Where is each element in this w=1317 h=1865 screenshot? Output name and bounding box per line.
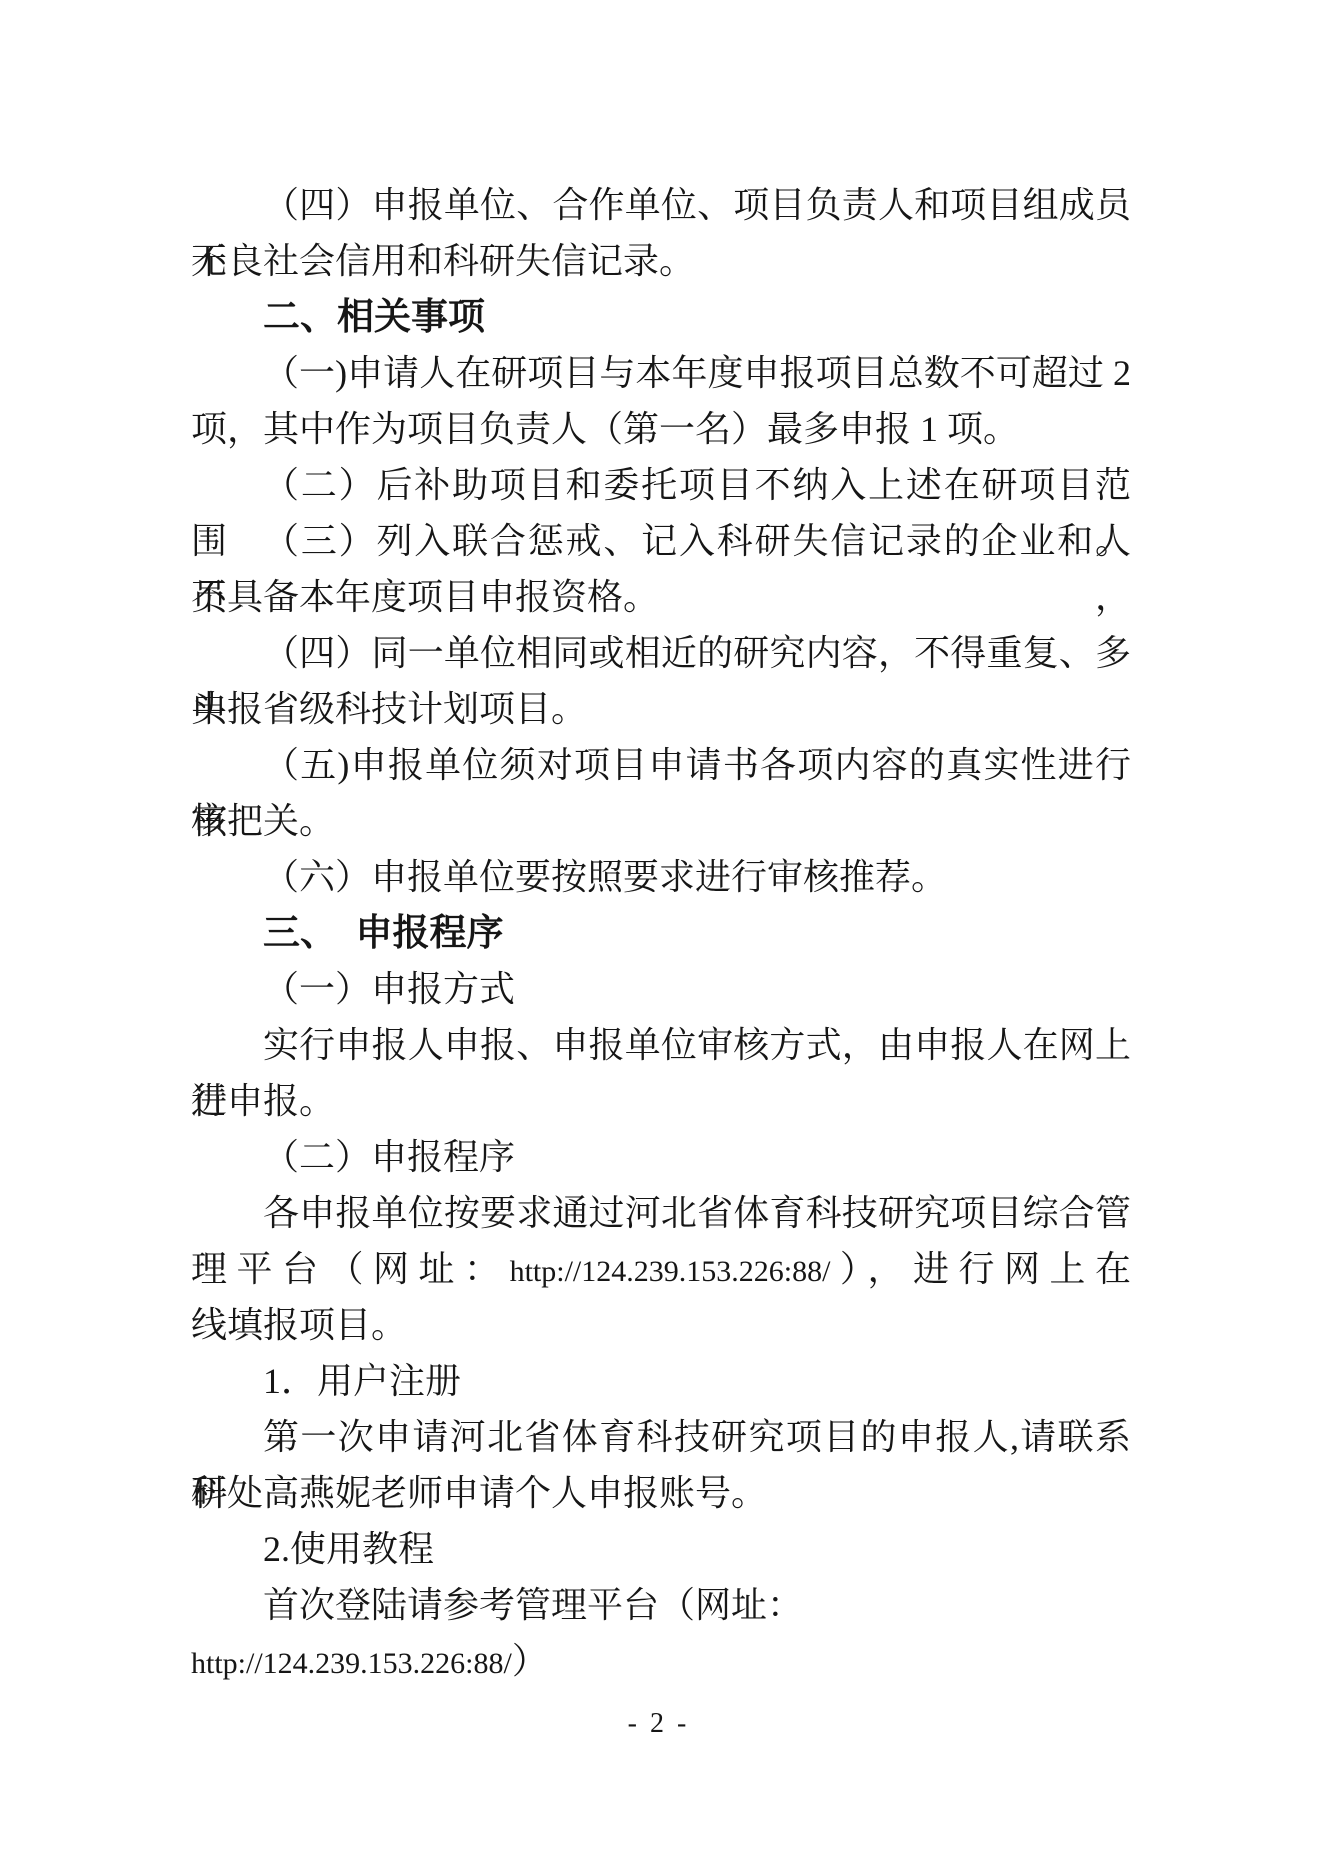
line-text: ） bbox=[512, 1641, 548, 1681]
section-heading-2: 二、相关事项 bbox=[191, 289, 1131, 345]
doc-line: 核把关。 bbox=[191, 793, 1131, 849]
doc-line: （四）申报单位、合作单位、项目负责人和项目组成员无 bbox=[191, 177, 1131, 233]
line-text: 首次登陆请参考管理平台（网址： bbox=[263, 1585, 803, 1625]
doc-line: 第一次申请河北省体育科技研究项目的申报人,请联系科 bbox=[191, 1409, 1131, 1465]
page-number: - 2 - bbox=[0, 1708, 1317, 1740]
section-heading-3: 三、 申报程序 bbox=[191, 905, 1131, 961]
doc-line: 2.使用教程 bbox=[191, 1521, 1131, 1577]
document-page: （四）申报单位、合作单位、项目负责人和项目组成员无 不良社会信用和科研失信记录。… bbox=[0, 0, 1317, 1865]
line-text: ），进行网上在 bbox=[830, 1249, 1131, 1289]
doc-line: （一)申请人在研项目与本年度申报项目总数不可超过 2 bbox=[191, 345, 1131, 401]
doc-line: （五)申报单位须对项目申请书各项内容的真实性进行审 bbox=[191, 737, 1131, 793]
doc-line: 各申报单位按要求通过河北省体育科技研究项目综合管 bbox=[191, 1185, 1131, 1241]
url-text: http://124.239.153.226:88/ bbox=[510, 1255, 831, 1288]
doc-line: 1．用户注册 bbox=[191, 1353, 1131, 1409]
doc-line: （二）申报程序 bbox=[191, 1129, 1131, 1185]
doc-line: （六）申报单位要按照要求进行审核推荐。 bbox=[191, 849, 1131, 905]
doc-line: 行申报。 bbox=[191, 1073, 1131, 1129]
doc-line: （二）后补助项目和委托项目不纳入上述在研项目范围。 bbox=[191, 457, 1131, 513]
doc-line: 研处高燕妮老师申请个人申报账号。 bbox=[191, 1465, 1131, 1521]
doc-line: 理平台（网址：http://124.239.153.226:88/），进行网上在 bbox=[191, 1241, 1131, 1297]
url-text: http://124.239.153.226:88/ bbox=[191, 1647, 512, 1680]
doc-line: （三）列入联合惩戒、记入科研失信记录的企业和人员， bbox=[191, 513, 1131, 569]
doc-line: （四）同一单位相同或相近的研究内容，不得重复、多头 bbox=[191, 625, 1131, 681]
doc-line: 申报省级科技计划项目。 bbox=[191, 681, 1131, 737]
doc-line: （一）申报方式 bbox=[191, 961, 1131, 1017]
line-text: 理平台（网址： bbox=[191, 1249, 510, 1289]
doc-line: 首次登陆请参考管理平台（网址：http://124.239.153.226:88… bbox=[191, 1577, 1131, 1633]
doc-line: 不良社会信用和科研失信记录。 bbox=[191, 233, 1131, 289]
document-body: （四）申报单位、合作单位、项目负责人和项目组成员无 不良社会信用和科研失信记录。… bbox=[191, 177, 1131, 1633]
doc-line: 线填报项目。 bbox=[191, 1297, 1131, 1353]
doc-line: 实行申报人申报、申报单位审核方式，由申报人在网上进 bbox=[191, 1017, 1131, 1073]
doc-line: 项，其中作为项目负责人（第一名）最多申报 1 项。 bbox=[191, 401, 1131, 457]
